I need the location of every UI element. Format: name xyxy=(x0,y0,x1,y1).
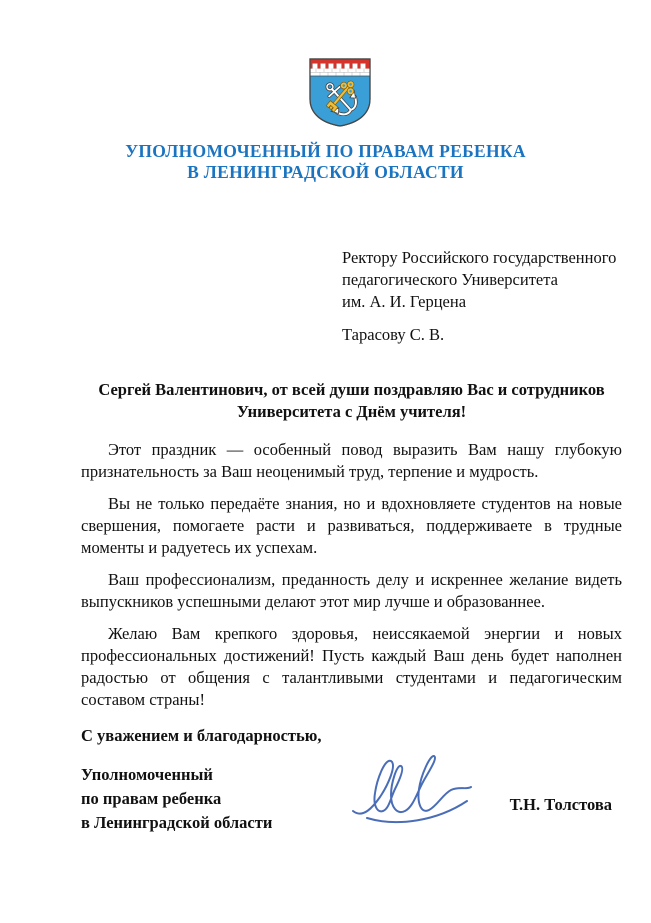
addressee-name: Тарасову С. В. xyxy=(342,324,622,346)
handwritten-signature-icon xyxy=(339,749,489,839)
paragraph-3: Ваш профессионализм, преданность делу и … xyxy=(81,569,622,613)
letter-body: Ректору Российского государственного пед… xyxy=(81,247,622,835)
signer-title-line: Уполномоченный xyxy=(81,763,272,787)
letterhead: УПОЛНОМОЧЕННЫЙ ПО ПРАВАМ РЕБЕНКА В ЛЕНИН… xyxy=(0,56,651,183)
salutation-heading: Сергей Валентинович, от всей души поздра… xyxy=(81,379,622,423)
addressee-block: Ректору Российского государственного пед… xyxy=(342,247,622,346)
addressee-line: Ректору Российского государственного xyxy=(342,247,622,269)
salutation-line2: Университета с Днём учителя! xyxy=(81,401,622,423)
salutation-line1: Сергей Валентинович, от всей души поздра… xyxy=(81,379,622,401)
closing-line: С уважением и благодарностью, xyxy=(81,725,622,747)
leningrad-oblast-coat-of-arms-icon xyxy=(307,56,373,128)
org-title: УПОЛНОМОЧЕННЫЙ ПО ПРАВАМ РЕБЕНКА В ЛЕНИН… xyxy=(0,141,651,183)
signer-title: Уполномоченный по правам ребенка в Ленин… xyxy=(81,763,272,835)
signer-title-line: по правам ребенка xyxy=(81,787,272,811)
org-title-line1: УПОЛНОМОЧЕННЫЙ ПО ПРАВАМ РЕБЕНКА xyxy=(0,141,651,162)
paragraph-1: Этот праздник — особенный повод выразить… xyxy=(81,439,622,483)
signature-block: Уполномоченный по правам ребенка в Ленин… xyxy=(81,763,622,835)
paragraph-4: Желаю Вам крепкого здоровья, неиссякаемо… xyxy=(81,623,622,711)
addressee-line: педагогического Университета xyxy=(342,269,622,291)
org-title-line2: В ЛЕНИНГРАДСКОЙ ОБЛАСТИ xyxy=(0,162,651,183)
signer-title-line: в Ленинградской области xyxy=(81,811,272,835)
letter-page: УПОЛНОМОЧЕННЫЙ ПО ПРАВАМ РЕБЕНКА В ЛЕНИН… xyxy=(0,0,651,923)
addressee-line: им. А. И. Герцена xyxy=(342,291,622,313)
signer-name: Т.Н. Толстова xyxy=(510,795,612,815)
paragraph-2: Вы не только передаёте знания, но и вдох… xyxy=(81,493,622,559)
